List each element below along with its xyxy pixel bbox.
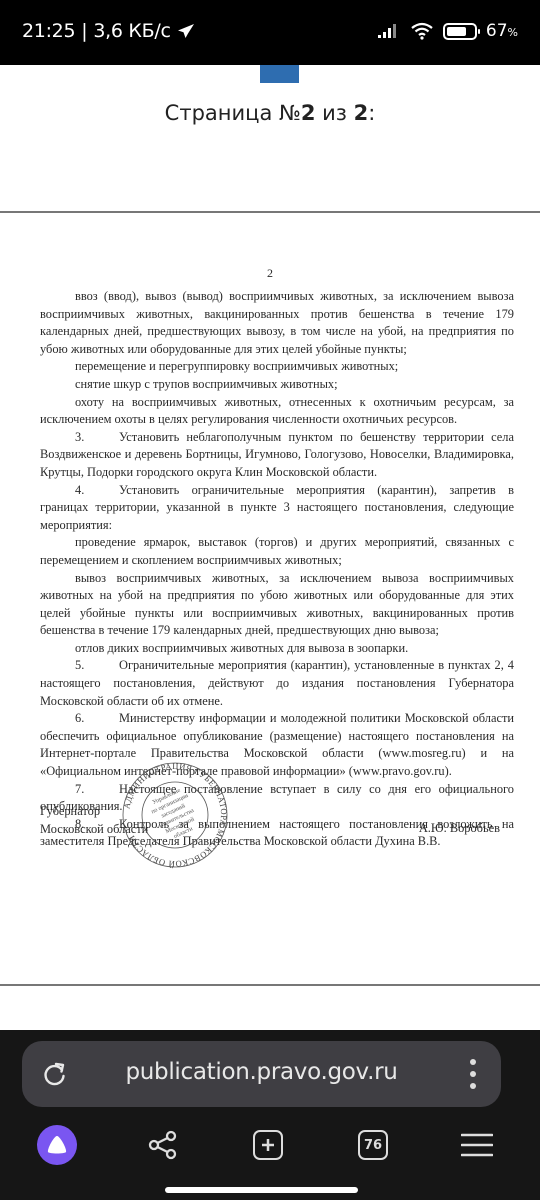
- tabs-count-icon: 76: [358, 1130, 388, 1160]
- battery-percent: 67%: [486, 21, 518, 41]
- kebab-menu-icon[interactable]: [469, 1059, 477, 1089]
- document-page-number: 2: [0, 265, 540, 283]
- page-marker-tab: [260, 65, 299, 83]
- total-pages: 2: [354, 101, 369, 125]
- hamburger-menu-icon: [461, 1131, 493, 1159]
- status-bar: 21:25 | 3,6 КБ/с 67%: [0, 0, 540, 65]
- battery-icon: [443, 23, 477, 40]
- wifi-icon: [410, 22, 434, 40]
- numbered-item: 4.Установить ограничительные мероприятия…: [40, 482, 514, 535]
- paragraph: перемещение и перегруппировку восприимчи…: [40, 358, 514, 376]
- signature-block: Губернатор Московской области АДМИНИСТРА…: [40, 760, 514, 860]
- browser-toolbar: publication.pravo.gov.ru 76: [0, 1030, 540, 1200]
- tabs-button[interactable]: 76: [353, 1125, 393, 1165]
- new-tab-icon: [253, 1130, 283, 1160]
- page-bottom-divider: [0, 984, 540, 986]
- page-top-divider: [0, 211, 540, 213]
- clock: 21:25: [22, 20, 75, 42]
- address-bar[interactable]: publication.pravo.gov.ru: [22, 1041, 501, 1107]
- main-menu-button[interactable]: [457, 1125, 497, 1165]
- paragraph: ввоз (ввод), вывоз (вывод) восприимчивых…: [40, 288, 514, 358]
- home-indicator[interactable]: [165, 1187, 358, 1193]
- signatory-name: А.Ю. Воробьев: [419, 820, 500, 838]
- status-right: 67%: [377, 21, 518, 41]
- paragraph: проведение ярмарок, выставок (торгов) и …: [40, 534, 514, 569]
- document-viewer[interactable]: Страница №2 из 2: 2 ввоз (ввод), вывоз (…: [0, 65, 540, 1030]
- current-page: 2: [301, 101, 316, 125]
- alice-assistant-icon: [46, 1135, 68, 1155]
- paragraph: вывоз восприимчивых животных, за исключе…: [40, 570, 514, 640]
- bottom-nav: 76: [0, 1125, 540, 1165]
- telegram-icon: [177, 23, 195, 39]
- status-separator: |: [81, 20, 87, 42]
- network-speed: 3,6 КБ/с: [93, 20, 170, 42]
- paragraph: снятие шкур с трупов восприимчивых живот…: [40, 376, 514, 394]
- page-caption: Страница №2 из 2:: [0, 101, 540, 125]
- document-page: 2 ввоз (ввод), вывоз (вывод) восприимчив…: [0, 215, 540, 985]
- alice-assistant-button[interactable]: [37, 1125, 77, 1165]
- paragraph: охоту на восприимчивых животных, отнесен…: [40, 394, 514, 429]
- status-left: 21:25 | 3,6 КБ/с: [22, 20, 195, 42]
- numbered-item: 3.Установить неблагополучным пунктом по …: [40, 429, 514, 482]
- new-tab-button[interactable]: [248, 1125, 288, 1165]
- paragraph: отлов диких восприимчивых животных для в…: [40, 640, 514, 658]
- share-icon: [147, 1129, 179, 1161]
- official-stamp-icon: АДМИНИСТРАЦИЯ ГУБЕРНАТОРА МОСКОВСКОЙ ОБЛ…: [120, 760, 230, 870]
- url-text[interactable]: publication.pravo.gov.ru: [22, 1059, 501, 1085]
- numbered-item: 5.Ограничительные мероприятия (карантин)…: [40, 657, 514, 710]
- signal-icon: [377, 23, 401, 39]
- share-button[interactable]: [143, 1125, 183, 1165]
